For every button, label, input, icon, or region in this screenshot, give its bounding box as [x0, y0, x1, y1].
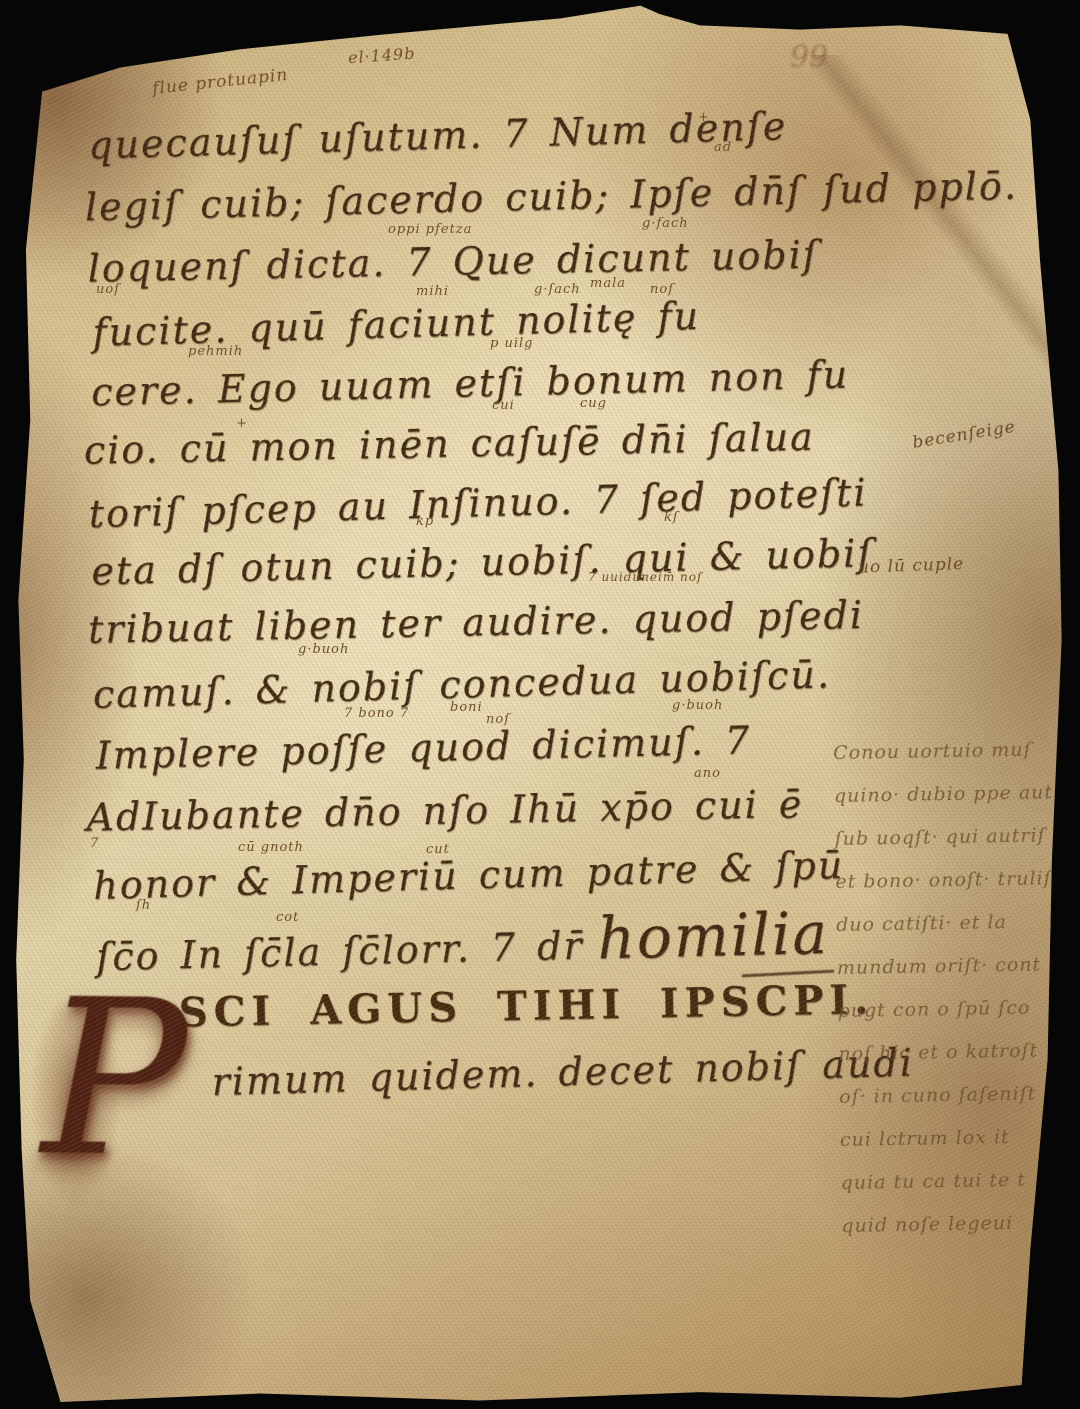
text-line: cere. Ego uuam etſi bonum non fu	[91, 352, 850, 414]
interlinear-gloss: ſh	[136, 898, 151, 913]
interlinear-gloss: cug	[580, 396, 607, 411]
interlinear-gloss: cut	[426, 842, 450, 857]
text-line: toriſ pſcep au Inſinuo. 7 ſed poteſti	[88, 470, 868, 536]
interlinear-gloss: pehmih	[188, 344, 243, 359]
parchment-page: quecauſuſ uſutum. 7 Num denſelegiſ cuib;…	[0, 0, 1080, 1409]
interlinear-gloss: p uilg	[490, 336, 533, 351]
margin-block-line: et bono· onoſt· truliſ	[835, 867, 1052, 893]
interlinear-gloss: g·ſach	[534, 282, 581, 297]
text-line: legiſ cuib; ſacerdo cuib; Ipſe dn̄ſ ſud …	[84, 163, 1018, 229]
text-line: ſc̄o In ſc̄la ſc̄lorr. 7 dr̄homilia	[95, 899, 829, 984]
text-line: tribuat liben ter audire. quod pſedi	[88, 593, 865, 652]
interlinear-gloss: kp	[416, 514, 434, 529]
text-line: quecauſuſ uſutum. 7 Num denſe	[88, 104, 788, 168]
interlinear-gloss: mala	[590, 276, 626, 291]
interlinear-gloss: 7 bono 7	[344, 706, 409, 721]
margin-block-line: ſub uoqſt· qui autriſ	[835, 824, 1046, 850]
interlinear-gloss: g·buoh	[672, 698, 723, 713]
interlinear-gloss: g·fach	[642, 216, 689, 231]
margin-block-line: duo catiſti· et la	[836, 911, 1007, 936]
text-line: loquenſ dicta. 7 Que dicunt uobiſ	[87, 233, 819, 291]
interlinear-gloss: 7	[90, 836, 99, 851]
margin-note: uo lū cuple	[858, 554, 965, 578]
text-line: honor & Imperiū cum patre & ſpū	[93, 843, 845, 908]
interlinear-gloss: oppi pfetza	[388, 222, 472, 237]
initial-letter-P: P	[41, 987, 188, 1171]
interlinear-gloss: kſ	[664, 510, 679, 525]
manuscript-photo: quecauſuſ uſutum. 7 Num denſelegiſ cuib;…	[0, 0, 1080, 1409]
margin-block-line: pugt con o ſpū ſco	[838, 997, 1031, 1022]
text-line: Implere poſſe quod dicimuſ. 7	[95, 718, 751, 777]
interlinear-gloss: +	[236, 416, 248, 431]
text-line: eta dſ otun cuib; uobiſ. qui & uobiſ	[91, 531, 874, 593]
margin-block-line: quia tu ca tui te t	[841, 1169, 1027, 1194]
text-line: fucite. quū faciunt nolitę fu	[92, 294, 701, 355]
interlinear-gloss: cot	[276, 910, 299, 925]
interlinear-gloss: cui	[492, 398, 515, 413]
margin-block-line: cui lctrum lox it	[840, 1126, 1010, 1151]
interlinear-gloss: ano	[694, 766, 721, 781]
margin-block-line: Conou uortuio muſ	[833, 739, 1032, 764]
margin-block-line: quid noſe legeui	[841, 1212, 1013, 1237]
interlinear-gloss: noſ	[650, 282, 674, 297]
text-line: SCI AGUS TIHI IPSCPI.	[178, 976, 874, 1036]
interlinear-gloss: uoſ	[96, 282, 120, 297]
interlinear-gloss: ad	[714, 140, 732, 155]
interlinear-gloss: boni	[450, 700, 483, 715]
text-line: rimum quidem. decet nobiſ audi	[211, 1040, 914, 1104]
text-line: cio. cū mon inēn caſuſē dn̄i ſalua	[84, 415, 816, 473]
margin-block-line: noſ hic et o katroſt	[838, 1039, 1038, 1064]
text-line: AdIubante dn̄o nſo Ihū xp̄o cui ē	[86, 782, 804, 840]
interlinear-gloss: noſ	[486, 712, 510, 727]
folio-number: 99	[790, 40, 828, 75]
interlinear-gloss: 7 uuiduneim̄ noſ	[588, 570, 702, 584]
margin-block-line: mundum oriſt· cont	[837, 953, 1042, 979]
interlinear-gloss: +	[698, 110, 710, 125]
interlinear-gloss: g·buoh	[298, 642, 349, 657]
margin-block-line: quino· dubio ppe aut	[834, 781, 1054, 807]
interlinear-gloss: cū gnoth	[238, 840, 304, 855]
interlinear-gloss: mihi	[416, 284, 449, 299]
margin-block-line: oſ· in cuno ſaſeniſt	[839, 1083, 1036, 1108]
rubric-word-homilia: homilia	[597, 899, 830, 972]
